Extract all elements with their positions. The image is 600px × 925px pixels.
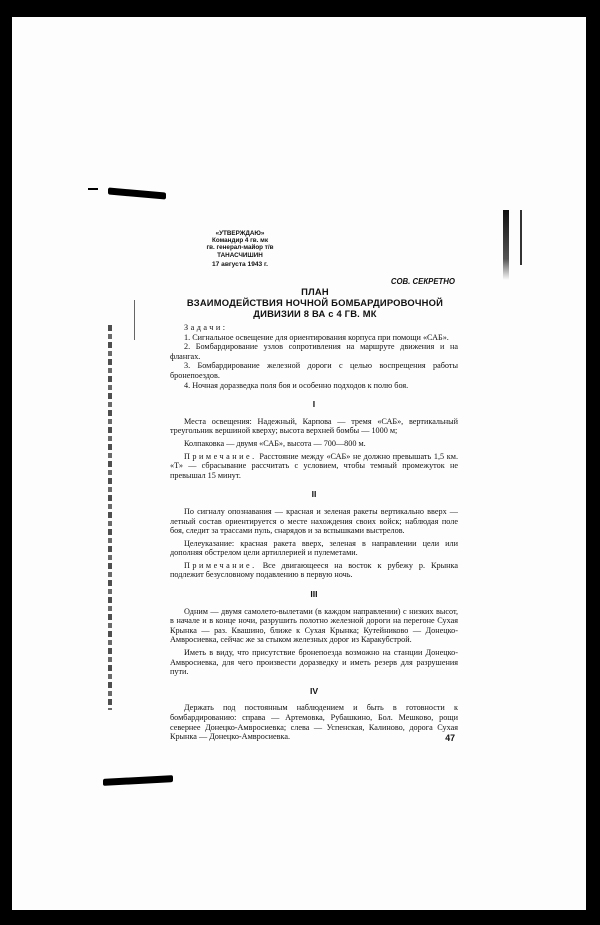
- scan-artifact-mark: [88, 188, 98, 190]
- scan-artifact-mark: [503, 210, 509, 280]
- title-line: ПЛАН: [170, 286, 460, 297]
- margin-bleed-text: [108, 325, 112, 710]
- approval-line: гв. генерал-майор т/в: [190, 244, 290, 251]
- classification-label: СОВ. СЕКРЕТНО: [370, 277, 455, 286]
- title-line: ДИВИЗИИ 8 ВА с 4 ГВ. МК: [170, 308, 460, 319]
- note-label: Примечание.: [184, 561, 257, 570]
- note-paragraph: Примечание. Все двигающееся на восток к …: [170, 561, 458, 580]
- scan-artifact-line: [520, 210, 522, 265]
- paragraph: Держать под постоянным наблюдением и быт…: [170, 703, 458, 741]
- note-label: Примечание.: [184, 452, 257, 461]
- task-item: 1. Сигнальное освещение для ориентирован…: [170, 333, 458, 343]
- document-body: Задачи: 1. Сигнальное освещение для орие…: [170, 323, 458, 742]
- page-number: 47: [425, 733, 455, 743]
- task-item: 2. Бомбардирование узлов сопротивления н…: [170, 342, 458, 361]
- scan-artifact-line: [134, 300, 135, 340]
- approval-date: 17 августа 1943 г.: [190, 261, 290, 268]
- paragraph: Места освещения: Надежный, Карпова — тре…: [170, 417, 458, 436]
- tasks-heading: Задачи:: [170, 323, 458, 333]
- section-number: I: [170, 400, 458, 410]
- paragraph: Одним — двумя самолето-вылетами (в каждо…: [170, 607, 458, 645]
- task-item: 3. Бомбардирование железной дороги с цел…: [170, 361, 458, 380]
- title-line: ВЗАИМОДЕЙСТВИЯ НОЧНОЙ БОМБАРДИРОВОЧНОЙ: [170, 297, 460, 308]
- approval-line: ТАНАСЧИШИН: [190, 252, 290, 259]
- approval-header: «УТВЕРЖДАЮ»: [190, 230, 290, 237]
- section-number: III: [170, 590, 458, 600]
- paragraph: По сигналу опознавания — красная и зелен…: [170, 507, 458, 536]
- document-title: ПЛАН ВЗАИМОДЕЙСТВИЯ НОЧНОЙ БОМБАРДИРОВОЧ…: [170, 286, 460, 319]
- paragraph: Целеуказание: красная ракета вверх, зеле…: [170, 539, 458, 558]
- note-paragraph: Примечание. Расстояние между «САБ» не до…: [170, 452, 458, 481]
- paragraph: Иметь в виду, что присутствие бронепоезд…: [170, 648, 458, 677]
- section-number: II: [170, 490, 458, 500]
- section-number: IV: [170, 687, 458, 697]
- approval-stamp: «УТВЕРЖДАЮ» Командир 4 гв. мк гв. генера…: [190, 230, 290, 268]
- paragraph: Колпаковка — двумя «САБ», высота — 700—8…: [170, 439, 458, 449]
- task-item: 4. Ночная доразведка поля боя и особенно…: [170, 381, 458, 391]
